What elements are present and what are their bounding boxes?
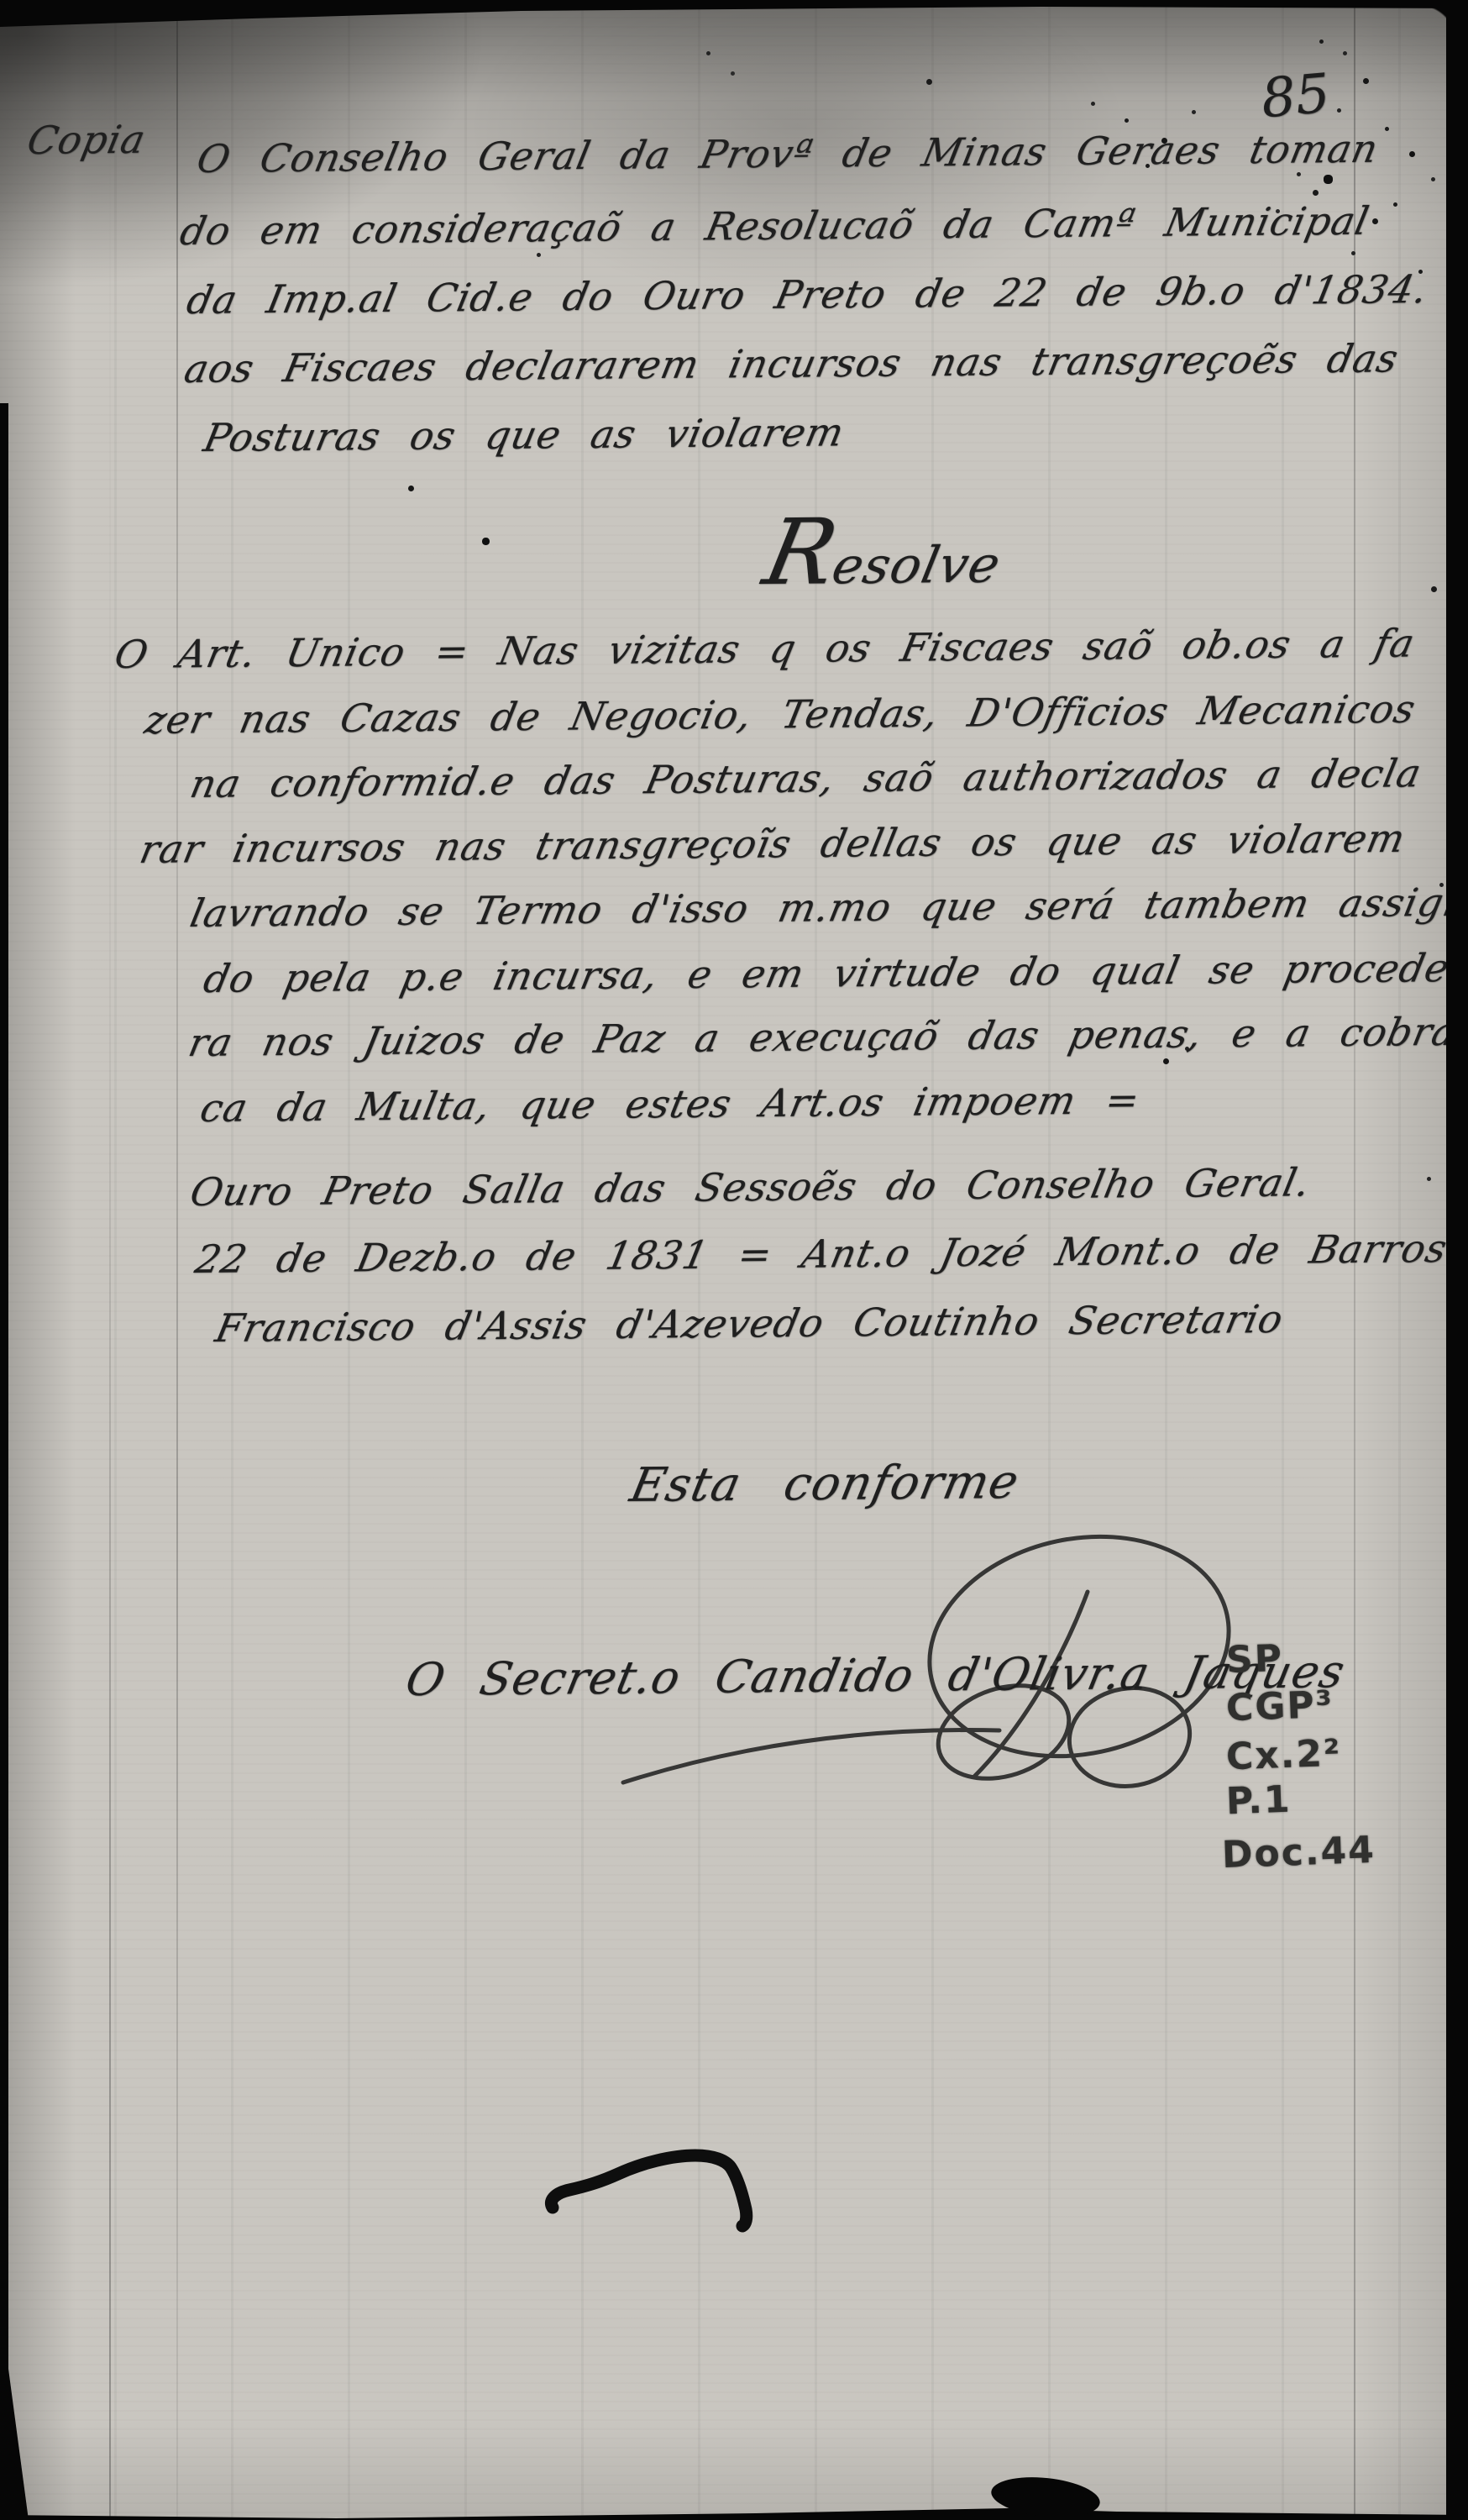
closing-line: Francisco d'Assis d'Azevedo Coutinho Sec… xyxy=(212,1296,1287,1351)
manuscript-line: Posturas os que as violarem xyxy=(200,409,848,460)
scan-edge-corner xyxy=(1418,0,1468,44)
scan-edge-right xyxy=(1446,0,1468,2520)
signature-line: O Secret.o Candido d'Olivr.a Jaques xyxy=(401,1645,1350,1706)
archival-code-line: Doc.44 xyxy=(1221,1829,1376,1877)
scanned-document-page: Copia 85 O Conselho Geral da Provª de Mi… xyxy=(0,0,1468,2520)
attestation-line: Esta conforme xyxy=(626,1455,1024,1513)
scan-edge-left xyxy=(0,403,8,2520)
manuscript-line: ca da Multa, que estes Art.os impoem = xyxy=(197,1077,1144,1131)
heading-resolve: Resolve xyxy=(756,499,1014,606)
page-number: 85 xyxy=(1259,63,1333,131)
archival-code-line: CGP³ xyxy=(1225,1683,1334,1730)
archival-code-line: Cx.2² xyxy=(1225,1732,1342,1779)
archival-code-line: SP xyxy=(1225,1637,1284,1682)
ink-blot-stroke xyxy=(512,2142,764,2243)
archival-code-line: P.1 xyxy=(1225,1778,1292,1824)
margin-note-copia: Copia xyxy=(24,117,149,163)
